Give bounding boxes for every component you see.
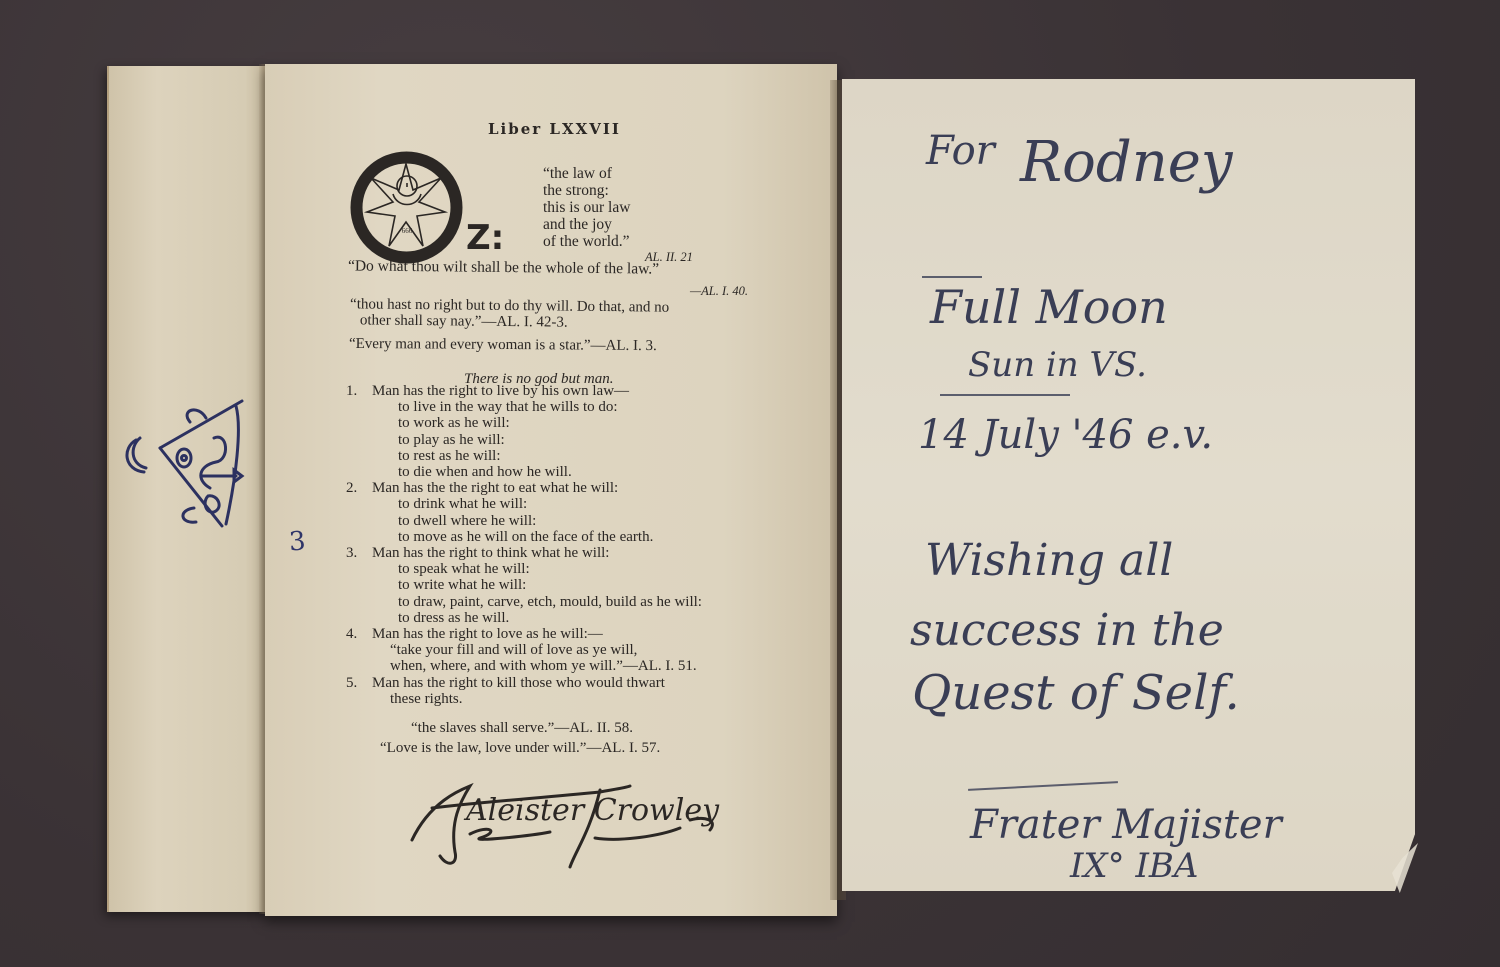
quote-line: this is our law [543, 199, 630, 216]
inscription-recipient: Rodney [1020, 130, 1233, 195]
quote-line: other shall say nay.”—AL. I. 42-3. [350, 312, 669, 331]
item-sub: to rest as he will: [346, 448, 702, 464]
inscription-sun-sign: Sun in VS. [968, 345, 1147, 385]
printed-signature: Aleister Crowley [400, 772, 730, 872]
right-item: 5.Man has the right to kill those who wo… [346, 675, 702, 691]
item-sub: to work as he will: [346, 415, 702, 431]
slaves-quote: “the slaves shall serve.”—AL. II. 58. [411, 720, 633, 737]
inscription-quest: Quest of Self. [912, 665, 1240, 721]
item-number: 1. [346, 383, 372, 399]
inscription-grade: IX° IBA [1070, 846, 1198, 886]
underline [940, 394, 1070, 396]
right-item: 4.Man has the right to love as he will:— [346, 626, 702, 642]
item-number: 4. [346, 626, 372, 642]
oz-letters: Z: [466, 218, 504, 258]
right-page [842, 79, 1415, 891]
svg-text:666: 666 [402, 227, 413, 235]
quote-line: and the joy [543, 216, 630, 233]
item-sub: to draw, paint, carve, etch, mould, buil… [346, 594, 702, 610]
item-number: 2. [346, 480, 372, 496]
right-item: 2.Man has the the right to eat what he w… [346, 480, 702, 496]
star-quote: “Every man and every woman is a star.”—A… [349, 336, 657, 355]
inscription-wishing: Wishing all [925, 535, 1173, 586]
no-right-quote: “thou hast no right but to do thy will. … [350, 296, 669, 331]
citation: —AL. I. 40. [690, 284, 748, 299]
triangle-sigil-icon [118, 398, 248, 533]
item-head: Man has the right to think what he will: [372, 545, 609, 561]
svg-text:Aleister Crowley: Aleister Crowley [463, 793, 720, 828]
item-sub: to drink what he will: [346, 496, 702, 512]
item-sub: to dwell where he will: [346, 513, 702, 529]
item-head: Man has the right to love as he will:— [372, 626, 603, 642]
rights-list: 1.Man has the right to live by his own l… [346, 383, 702, 707]
item-sub: to live in the way that he wills to do: [346, 399, 702, 415]
item-sub: to dress as he will. [346, 610, 702, 626]
item-sub: “take your fill and will of love as ye w… [346, 642, 702, 658]
quote-line: “the law of [543, 165, 630, 182]
item-sub: to write what he will: [346, 577, 702, 593]
item-head: Man has the right to live by his own law… [372, 383, 629, 399]
underline [922, 276, 982, 278]
right-item: 1.Man has the right to live by his own l… [346, 383, 702, 399]
item-sub: to play as he will: [346, 432, 702, 448]
inscription-date: 14 July '46 e.v. [918, 412, 1213, 458]
love-quote: “Love is the law, love under will.”—AL. … [380, 740, 660, 757]
quote-line: of the world.” [543, 233, 630, 250]
quote-line: the strong: [543, 182, 630, 199]
unicursal-star-emblem-icon: 666 [349, 150, 464, 265]
do-what-quote: “Do what thou wilt shall be the whole of… [348, 257, 659, 278]
item-number: 5. [346, 675, 372, 691]
item-head: Man has the the right to eat what he wil… [372, 480, 618, 496]
inscription-full-moon: Full Moon [930, 280, 1168, 334]
law-of-strong-quote: “the law of the strong: this is our law … [543, 165, 630, 250]
item-sub: when, where, and with whom ye will.”—AL.… [346, 658, 702, 674]
item-head: Man has the right to kill those who woul… [372, 675, 665, 691]
item-sub: to speak what he will: [346, 561, 702, 577]
margin-pencil-mark: 3 [288, 526, 307, 557]
page-title: Liber LXXVII [488, 120, 621, 138]
inscription-success: success in the [910, 605, 1224, 656]
item-sub: to move as he will on the face of the ea… [346, 529, 702, 545]
open-pamphlet: Liber LXXVII 666 Z: “the law of the stro… [0, 0, 1500, 967]
inscription-for: For [926, 128, 995, 174]
item-number: 3. [346, 545, 372, 561]
item-sub: these rights. [346, 691, 702, 707]
item-sub: to die when and how he will. [346, 464, 702, 480]
handwritten-signature: Frater Majister [970, 802, 1282, 848]
right-item: 3.Man has the right to think what he wil… [346, 545, 702, 561]
